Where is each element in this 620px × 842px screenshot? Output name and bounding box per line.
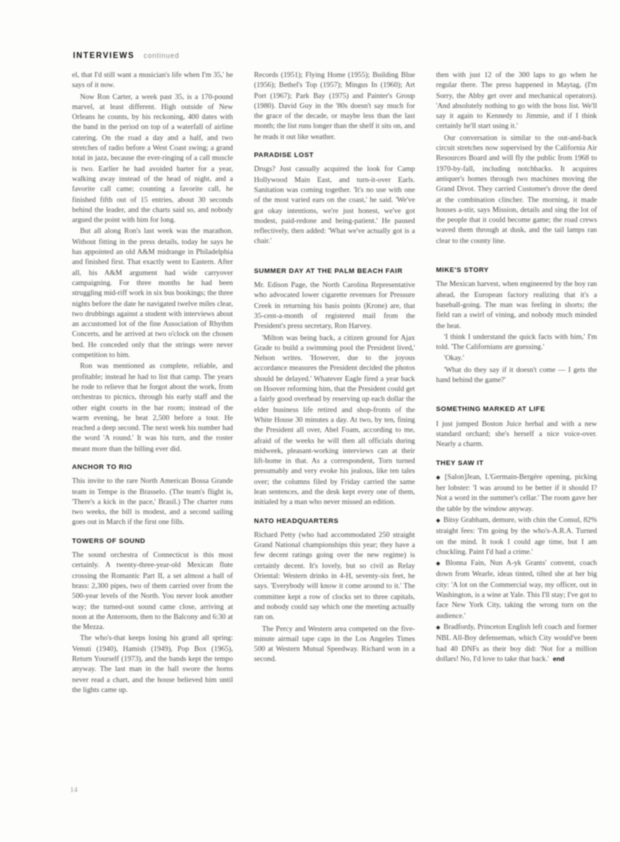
paragraph: Drugs? Just casually acquired the look f…	[254, 164, 415, 246]
section-heading: Paradise Lost	[254, 151, 415, 161]
dialogue-line: 'I think I understand the quick facts wi…	[436, 332, 597, 353]
paragraph: Now Ron Carter, a week past 35, is a 170…	[72, 92, 233, 226]
column-left: el, that I'd still want a musician's lif…	[72, 70, 233, 774]
bullet-item: ◆[Salon]Jean, L'Germain-Bergére opening,…	[436, 472, 597, 514]
bullet-item: ◆Blonna Fain, Nun A-yk Grants' convent, …	[436, 558, 597, 621]
paragraph: The Mexican harvest, when engineered by …	[436, 279, 597, 330]
paragraph: el, that I'd still want a musician's lif…	[72, 70, 233, 91]
section-label: INTERVIEWS	[73, 51, 135, 60]
page-number: 14	[70, 785, 78, 794]
paragraph: But all along Ron's last week was the ma…	[72, 226, 233, 360]
column-middle: Records (1951); Flying Home (1955); Buil…	[254, 70, 415, 774]
dialogue-line: 'Okay.'	[436, 353, 597, 363]
diamond-bullet-icon: ◆	[436, 625, 441, 631]
paragraph: Ron was mentioned as complete, reliable,…	[72, 361, 233, 454]
section-heading: Anchor to Rio	[72, 463, 233, 473]
paragraph: 'Milton was being back, a citizen ground…	[254, 333, 415, 508]
paragraph: then with just 12 of the 300 laps to go …	[436, 70, 597, 132]
diamond-bullet-icon: ◆	[436, 561, 442, 567]
paragraph: Richard Petty (who had accommodated 250 …	[254, 530, 415, 623]
bullet-text: Bradfordy, Princeton English left coach …	[436, 622, 597, 663]
section-heading: Summer Day at the Palm Beach Fair	[254, 267, 415, 277]
section-heading: NATO Headquarters	[254, 517, 415, 527]
bullet-text: Blonna Fain, Nun A-yk Grants' convent, c…	[436, 558, 597, 619]
dialogue-line: 'What do they say if it doesn't come — I…	[436, 365, 597, 386]
paragraph: Our conversation is similar to the out-a…	[436, 133, 597, 246]
bullet-item: ◆Bradfordy, Princeton English left coach…	[436, 622, 597, 665]
end-marker: end	[553, 656, 565, 663]
paragraph: This invite to the rare North American B…	[72, 476, 233, 527]
column-right: then with just 12 of the 300 laps to go …	[436, 70, 597, 774]
paragraph: The who's-that keeps losing his grand al…	[72, 633, 233, 695]
paragraph: Mr. Edison Page, the North Carolina Repr…	[254, 280, 415, 331]
diamond-bullet-icon: ◆	[436, 518, 440, 524]
paragraph: The sound orchestra of Connecticut is th…	[72, 550, 233, 632]
section-heading: Something Marked at Life	[436, 405, 597, 415]
section-continued-label: continued	[144, 53, 180, 60]
paragraph: Records (1951); Flying Home (1955); Buil…	[254, 70, 415, 142]
magazine-page: INTERVIEWS continued el, that I'd still …	[0, 0, 620, 842]
paragraph: I just jumped Boston Juice herbal and wi…	[436, 419, 597, 450]
section-heading: Towers of Sound	[72, 537, 233, 547]
bullet-text: Bitsy Grabham, demure, with chin the Con…	[436, 515, 597, 556]
section-heading: They Saw It	[436, 459, 597, 469]
page-header: INTERVIEWS continued	[73, 51, 179, 61]
section-heading: Mike's Story	[436, 266, 597, 276]
article-columns: el, that I'd still want a musician's lif…	[72, 70, 599, 774]
bullet-item: ◆Bitsy Grabham, demure, with chin the Co…	[436, 515, 597, 557]
paragraph: The Percy and Western area competed on t…	[254, 624, 415, 665]
bullet-text: [Salon]Jean, L'Germain-Bergére opening, …	[436, 472, 597, 513]
diamond-bullet-icon: ◆	[436, 475, 442, 481]
